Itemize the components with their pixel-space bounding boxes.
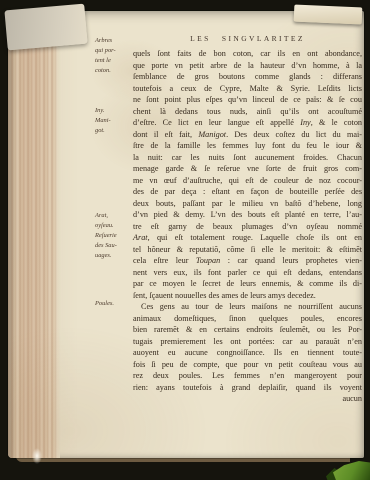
text-line: chent là dedans tous nuds, ainſi qu’ils … xyxy=(133,106,362,118)
text-line: d’vn pied & demy. L’vn des bouts eſt pla… xyxy=(133,209,362,221)
running-header: LES SINGVLARITEZ xyxy=(133,34,362,43)
text-line: la nuit: car les nuits ſont aucunement f… xyxy=(133,152,362,164)
text-line: rez deux poules. Les femmes n’en mangero… xyxy=(133,370,362,382)
text-line: des de par deça : eſtant en façon de bou… xyxy=(133,186,362,198)
text-line: par ce moyen le ſecret de leurs ennemis,… xyxy=(133,278,362,290)
scanned-book-photo: LES SINGVLARITEZ Arbresqui por-tent leco… xyxy=(0,0,370,480)
text-line: tugais premierement les ont portées: car… xyxy=(133,336,362,348)
bottom-left-edge-highlight xyxy=(32,448,42,464)
text-line: cela eſtre leur Toupan : car quand leurs… xyxy=(133,255,362,267)
margin-note-line: Mani- xyxy=(95,116,133,126)
top-left-corner-wear xyxy=(4,4,87,51)
text-line: fois ſi peu de compte, que pour vn petit… xyxy=(133,359,362,371)
text-line: Ces gens au tour de leurs maiſons ne nou… xyxy=(133,301,362,313)
text-line: tel hõneur & reputatiõ, cõme ſi elle le … xyxy=(133,244,362,256)
text-line: me vn œuf d’auſtruche, qui eſt de couleu… xyxy=(133,175,362,187)
margin-note-line: Arat, xyxy=(95,211,133,221)
text-line: menage garde & ſe reſerue vne ſorte de f… xyxy=(133,163,362,175)
margin-note-arbres-coton: Arbresqui por-tent lecoton. xyxy=(95,36,133,76)
text-line: deux bouts, paſſant par le milieu vn baſ… xyxy=(133,198,362,210)
margin-note-arat-oyseau: Arat,oyſeau.Reſueriedes Sau-uages. xyxy=(95,211,133,261)
margin-note-line: des Sau- xyxy=(95,241,133,251)
margin-note-line: oyſeau. xyxy=(95,221,133,231)
margin-note-line: qui por- xyxy=(95,46,133,56)
text-line: rien: ayans toutefois à grand deplaiſir,… xyxy=(133,382,362,394)
text-line: nent vers eux, ils font parler ce qui eſ… xyxy=(133,267,362,279)
text-line: dont il eſt fait, Manigot. Des deux coſt… xyxy=(133,129,362,141)
text-line: ne ſont point plus eſpes qu’vn linceul d… xyxy=(133,94,362,106)
margin-note-line: Reſuerie xyxy=(95,231,133,241)
margin-note-line: Poules. xyxy=(95,299,133,309)
text-line: bien raremẽt & en certains endroits ſeul… xyxy=(133,324,362,336)
margin-note-line: tent le xyxy=(95,56,133,66)
text-line: toutefois a ceux de Cypre, Malte & Syrie… xyxy=(133,83,362,95)
margin-note-line: Arbres xyxy=(95,36,133,46)
margin-note-poules: Poules. xyxy=(95,299,133,309)
text-line: quels ſont faits de bon coton, car ils e… xyxy=(133,48,362,60)
text-line: ſemblance de gros boutons comme glands :… xyxy=(133,71,362,83)
text-line: d’eſtre. Ce lict en leur langue eſt appe… xyxy=(133,117,362,129)
top-right-corner-fold xyxy=(294,5,363,25)
text-block: quels ſont faits de bon coton, car ils e… xyxy=(133,48,362,405)
text-line: Arat, qui eſt totalement rouge. Laquelle… xyxy=(133,232,362,244)
text-line: auoyent eu aucune congnoiſſance. Ils en … xyxy=(133,347,362,359)
text-line: ſent, ſçauent nouuelles des ames de leur… xyxy=(133,290,362,302)
text-line: tre eſt garny de beaux plumages d’vn oyſ… xyxy=(133,221,362,233)
text-line: que porte vn petit arbre de la hauteur d… xyxy=(133,60,362,72)
margin-note-line: Iny. xyxy=(95,106,133,116)
text-line: aucun xyxy=(133,393,362,405)
green-bookmark xyxy=(333,461,370,480)
margin-note-iny-manigot: Iny.Mani-got. xyxy=(95,106,133,136)
text-line: animaux domeſtiques, ſinon quelques poul… xyxy=(133,313,362,325)
margin-note-line: coton. xyxy=(95,66,133,76)
book-page: LES SINGVLARITEZ Arbresqui por-tent leco… xyxy=(8,11,364,458)
text-line: ſtre de la famille les femmes luy font d… xyxy=(133,140,362,152)
margin-note-line: uages. xyxy=(95,251,133,261)
margin-note-line: got. xyxy=(95,126,133,136)
